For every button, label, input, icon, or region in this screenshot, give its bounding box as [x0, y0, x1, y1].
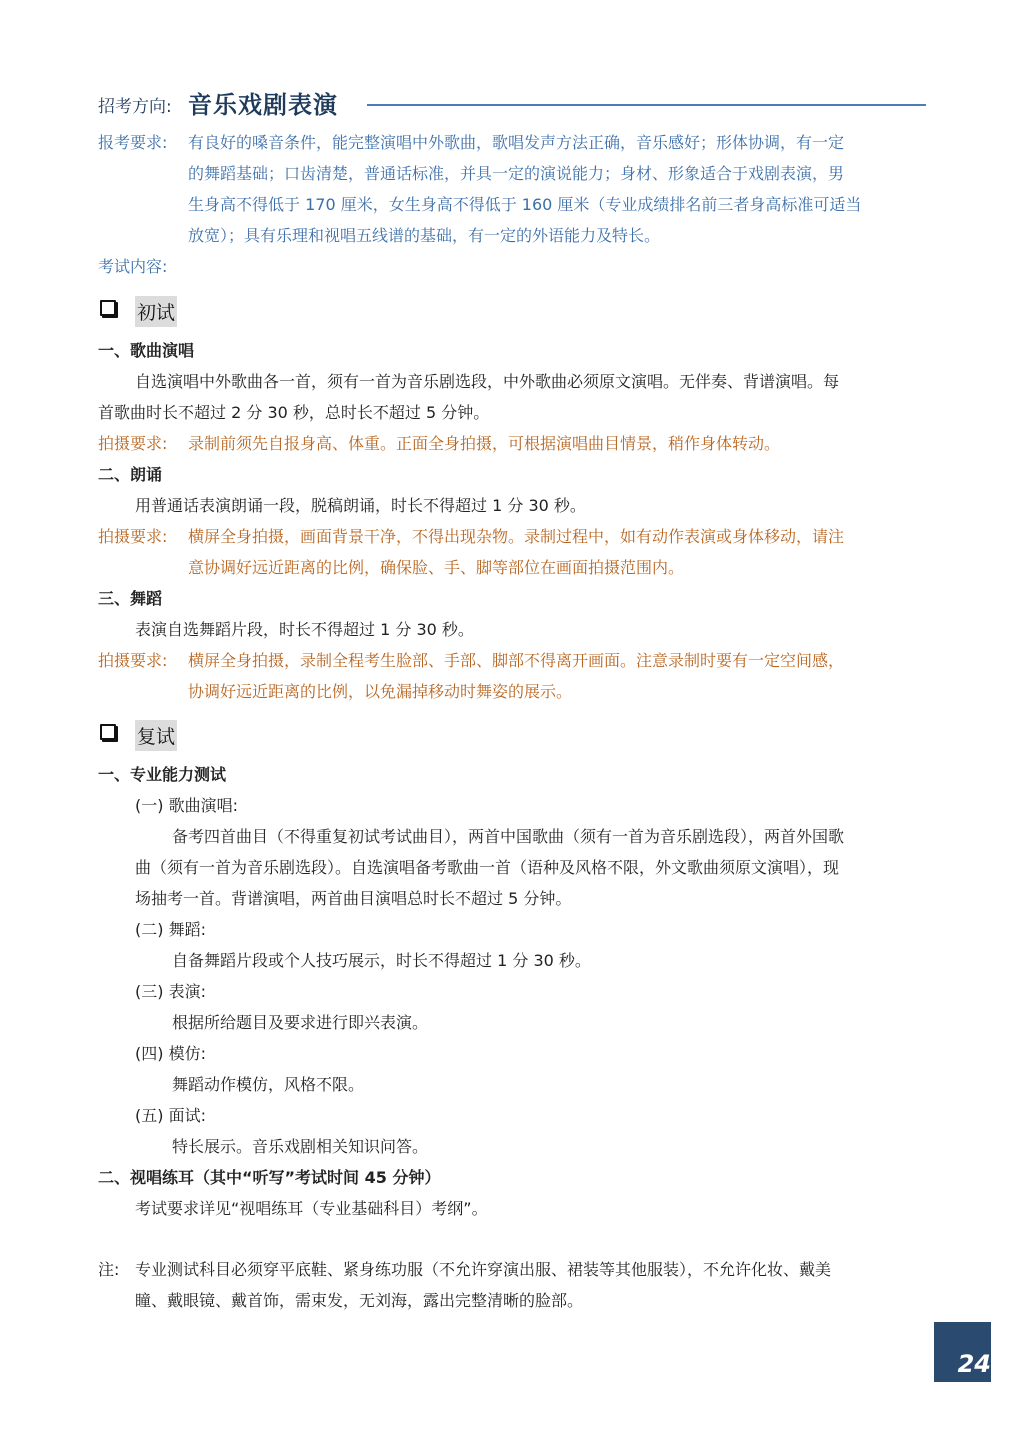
item-body-line: 用普通话表演朗诵一段，脱稿朗诵，时长不得超过 1 分 30 秒。 — [135, 496, 586, 516]
item-heading: 二、朗诵 — [98, 465, 162, 485]
item-body-line: 考试要求详见“视唱练耳（专业基础科目）考纲”。 — [135, 1199, 488, 1219]
program-direction-label: 招考方向: — [98, 92, 172, 117]
program-title: 音乐戏剧表演 — [188, 85, 338, 120]
requirements-line: 的舞蹈基础；口齿清楚，普通话标准，并具一定的演说能力；身材、形象适合于戏剧表演，… — [188, 164, 844, 184]
page-number: 24 — [958, 1350, 991, 1378]
exam-content-label: 考试内容: — [98, 257, 167, 277]
filming-line: 协调好远近距离的比例，以免漏掉移动时舞姿的展示。 — [188, 682, 572, 702]
sub-item-label: (二) 舞蹈: — [135, 920, 206, 940]
requirements-line: 有良好的嗓音条件，能完整演唱中外歌曲，歌唱发声方法正确，音乐感好；形体协调，有一… — [188, 133, 844, 153]
note-line: 专业测试科目必须穿平底鞋、紧身练功服（不允许穿演出服、裙装等其他服装），不允许化… — [135, 1260, 831, 1280]
sub-item-line: 备考四首曲目（不得重复初试考试曲目），两首中国歌曲（须有一首为音乐剧选段），两首… — [172, 827, 844, 847]
document-page: 招考方向: 音乐戏剧表演 报考要求: 有良好的嗓音条件，能完整演唱中外歌曲，歌唱… — [0, 0, 1024, 1447]
filming-label: 拍摄要求: — [98, 527, 167, 547]
sub-item-line: 特长展示。音乐戏剧相关知识问答。 — [172, 1137, 428, 1157]
note-label: 注: — [98, 1260, 119, 1280]
item-heading: 一、歌曲演唱 — [98, 341, 194, 361]
sub-item-line: 曲（须有一首为音乐剧选段）。自选演唱备考歌曲一首（语种及风格不限，外文歌曲须原文… — [135, 858, 839, 878]
requirements-label: 报考要求: — [98, 133, 167, 153]
sub-item-label: (三) 表演: — [135, 982, 206, 1002]
section-title-retest: 复试 — [135, 720, 177, 751]
checkbox-bullet-icon — [100, 724, 116, 740]
sub-item-label: (一) 歌曲演唱: — [135, 796, 238, 816]
sub-item-label: (四) 模仿: — [135, 1044, 206, 1064]
item-body-line: 自选演唱中外歌曲各一首，须有一首为音乐剧选段，中外歌曲必须原文演唱。无伴奏、背谱… — [135, 372, 839, 392]
sub-item-line: 自备舞蹈片段或个人技巧展示，时长不得超过 1 分 30 秒。 — [172, 951, 591, 971]
checkbox-bullet-icon — [100, 300, 116, 316]
sub-item-label: (五) 面试: — [135, 1106, 206, 1126]
item-body-line: 表演自选舞蹈片段，时长不得超过 1 分 30 秒。 — [135, 620, 474, 640]
item-heading: 二、视唱练耳（其中“听写”考试时间 45 分钟） — [98, 1168, 440, 1188]
note-line: 瞳、戴眼镜、戴首饰，需束发，无刘海，露出完整清晰的脸部。 — [135, 1291, 583, 1311]
section-title-preliminary: 初试 — [135, 296, 177, 327]
item-body-line: 首歌曲时长不超过 2 分 30 秒，总时长不超过 5 分钟。 — [98, 403, 489, 423]
filming-line: 录制前须先自报身高、体重。正面全身拍摄，可根据演唱曲目情景，稍作身体转动。 — [188, 434, 780, 454]
sub-item-line: 舞蹈动作模仿，风格不限。 — [172, 1075, 364, 1095]
item-heading: 三、舞蹈 — [98, 589, 162, 609]
filming-label: 拍摄要求: — [98, 434, 167, 454]
sub-item-line: 根据所给题目及要求进行即兴表演。 — [172, 1013, 428, 1033]
filming-line: 意协调好远近距离的比例，确保脸、手、脚等部位在画面拍摄范围内。 — [188, 558, 684, 578]
filming-line: 横屏全身拍摄，画面背景干净，不得出现杂物。录制过程中，如有动作表演或身体移动，请… — [188, 527, 844, 547]
item-heading: 一、专业能力测试 — [98, 765, 226, 785]
page-number-badge: 24 — [934, 1322, 991, 1382]
header-rule — [367, 104, 926, 106]
requirements-line: 生身高不得低于 170 厘米，女生身高不得低于 160 厘米（专业成绩排名前三者… — [188, 195, 861, 215]
filming-line: 横屏全身拍摄，录制全程考生脸部、手部、脚部不得离开画面。注意录制时要有一定空间感… — [188, 651, 844, 671]
filming-label: 拍摄要求: — [98, 651, 167, 671]
requirements-line: 放宽）；具有乐理和视唱五线谱的基础，有一定的外语能力及特长。 — [188, 226, 660, 246]
sub-item-line: 场抽考一首。背谱演唱，两首曲目演唱总时长不超过 5 分钟。 — [135, 889, 571, 909]
